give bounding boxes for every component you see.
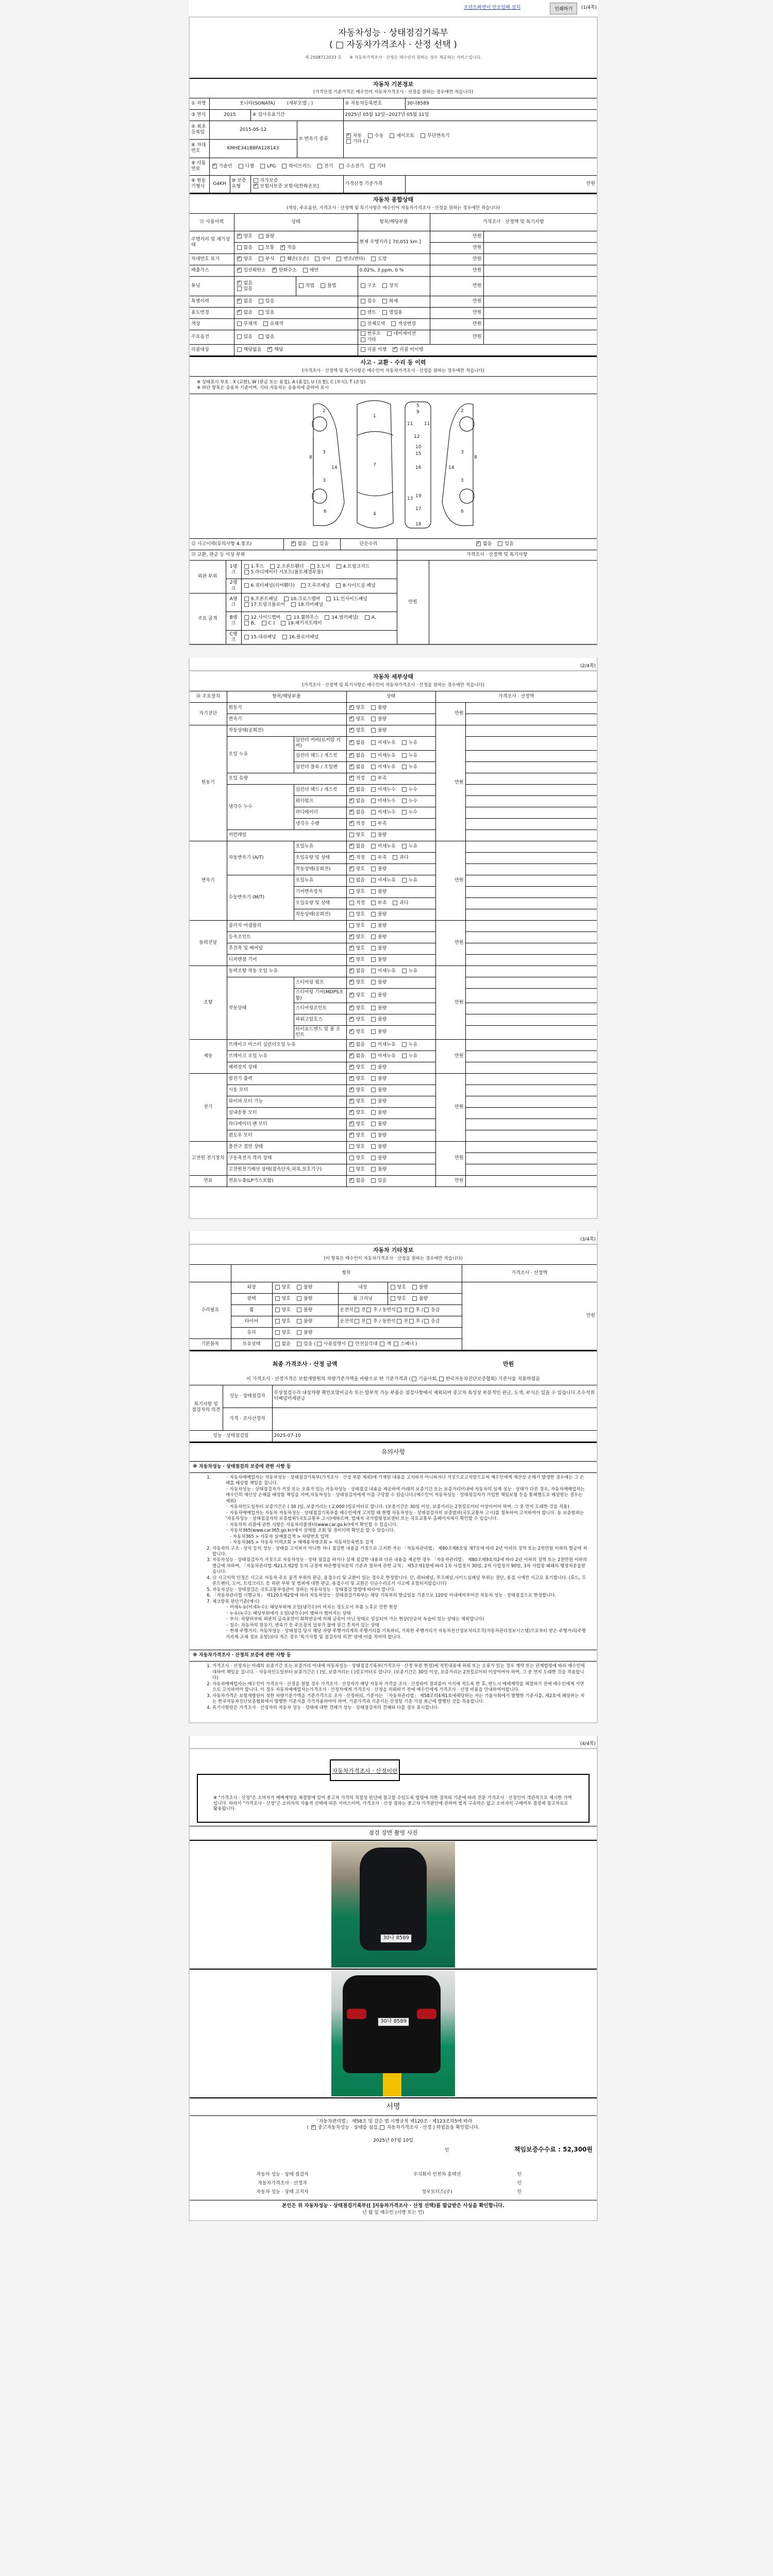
checkbox-icon[interactable]	[244, 621, 249, 625]
checkbox-icon[interactable]	[349, 821, 354, 826]
checkbox-option[interactable]: 적법	[298, 283, 314, 289]
checkbox-icon[interactable]	[244, 597, 249, 601]
checkbox-icon[interactable]	[349, 787, 354, 792]
checkbox-icon[interactable]	[349, 878, 354, 883]
checkbox-option[interactable]: 세미오토	[389, 133, 414, 139]
checkbox-icon[interactable]	[371, 1054, 376, 1058]
checkbox-icon[interactable]	[371, 257, 376, 261]
checkbox-icon[interactable]	[370, 164, 375, 168]
checkbox-icon[interactable]	[349, 889, 354, 894]
checkbox-option[interactable]: 무채색	[236, 321, 257, 327]
sub-item-label: 기어변속장치	[294, 887, 346, 898]
checkbox-icon[interactable]	[349, 1099, 354, 1104]
checkbox-icon[interactable]	[393, 347, 397, 352]
checkbox-option[interactable]: 매연	[302, 268, 318, 273]
checkbox-option[interactable]: 디젤	[238, 164, 254, 169]
item-label: 시동 모터	[227, 1085, 346, 1096]
checkbox-icon[interactable]	[391, 1285, 395, 1290]
checkbox-option[interactable]: 구조	[360, 283, 376, 289]
checkbox-icon[interactable]	[349, 1133, 354, 1138]
checkbox-icon[interactable]	[402, 765, 407, 769]
checkbox-icon[interactable]	[237, 334, 242, 339]
label: ④ 검사유효기간	[250, 109, 343, 121]
checkbox-icon[interactable]	[282, 164, 287, 168]
signature-title: 서명	[190, 2098, 597, 2116]
checkbox-icon[interactable]	[361, 321, 365, 326]
checkbox-icon[interactable]	[349, 1088, 354, 1092]
checkbox-option[interactable]: 장치	[381, 283, 398, 289]
checkbox-icon[interactable]	[284, 597, 289, 601]
checkbox-icon[interactable]	[272, 268, 277, 273]
checkbox-icon[interactable]	[371, 1088, 376, 1092]
checkbox-icon[interactable]	[349, 728, 354, 733]
checkbox-option[interactable]: 적음	[279, 245, 296, 250]
checkbox-icon[interactable]	[349, 753, 354, 758]
checkbox-icon[interactable]	[349, 1006, 354, 1010]
checkbox-option[interactable]: 없음	[290, 541, 307, 547]
checkbox-icon[interactable]	[325, 615, 329, 620]
checkbox-option[interactable]: 썬루프	[360, 331, 381, 336]
checkbox-icon[interactable]	[297, 1285, 301, 1290]
sub-item-label: 실린더 헤드 / 개스킷	[294, 785, 346, 796]
checkbox-icon[interactable]	[349, 833, 354, 837]
checkbox-option[interactable]: 기타	[360, 337, 376, 343]
checkbox-icon[interactable]	[297, 1296, 301, 1301]
checkbox-option[interactable]: 도말	[370, 257, 386, 262]
checkbox-icon[interactable]	[349, 993, 354, 997]
checkbox-icon[interactable]	[297, 1330, 301, 1335]
checkbox-icon[interactable]	[244, 564, 249, 569]
checkbox-icon[interactable]	[299, 283, 304, 288]
checkbox-option[interactable]: 일산화탄소	[236, 268, 266, 273]
checkbox-icon[interactable]	[349, 1122, 354, 1126]
checkbox-icon[interactable]	[387, 331, 392, 336]
checkbox-option[interactable]: 양호	[236, 257, 253, 262]
checkbox-icon[interactable]	[297, 1308, 301, 1312]
checkbox-icon[interactable]	[303, 268, 308, 273]
checkbox-icon[interactable]	[321, 283, 325, 288]
checkbox-icon[interactable]	[412, 1296, 417, 1301]
checkbox-icon[interactable]	[260, 164, 265, 168]
price-unit: 만원	[405, 175, 597, 193]
checkbox-option[interactable]: 무단변속기	[419, 133, 449, 139]
checkbox-icon[interactable]	[371, 946, 376, 951]
checkbox-icon[interactable]	[244, 615, 249, 620]
checkbox-icon[interactable]	[371, 776, 376, 781]
checkbox-icon[interactable]	[402, 753, 407, 758]
checkbox-icon[interactable]	[371, 1178, 376, 1183]
checkbox-icon[interactable]	[237, 234, 242, 239]
status-options: 양호불량	[346, 1003, 435, 1014]
checkbox-icon[interactable]	[402, 799, 407, 803]
checkbox-icon[interactable]	[244, 570, 249, 574]
checkbox-option[interactable]: 유채색	[262, 321, 283, 327]
checkbox-icon[interactable]	[349, 957, 354, 962]
label: 튜닝	[190, 277, 234, 296]
label: ⑦ 변속기 종류	[297, 121, 343, 158]
checkbox-icon[interactable]	[349, 717, 354, 721]
checkbox-icon[interactable]	[244, 635, 249, 639]
checkbox-option[interactable]: 불법	[320, 283, 336, 289]
option-items: 썬루프네비게이션기타	[358, 330, 430, 345]
checkbox-option[interactable]: 수동	[367, 133, 383, 139]
checkbox-icon[interactable]	[313, 541, 317, 546]
checkbox-icon[interactable]	[371, 705, 376, 710]
checkbox-option[interactable]: 없음	[236, 281, 253, 286]
checkbox-icon[interactable]	[371, 799, 376, 803]
checkbox-icon[interactable]	[371, 1076, 376, 1081]
checkbox-option[interactable]: 없음	[236, 310, 253, 315]
checkbox-icon[interactable]	[361, 347, 365, 352]
checkbox-option[interactable]: 기타 ( )	[345, 139, 368, 144]
checkbox-icon[interactable]	[349, 740, 354, 745]
checkbox-icon[interactable]	[371, 1042, 376, 1047]
checkbox-option[interactable]: 탄화수소	[271, 268, 297, 273]
law-reference: 「자동차관리법」 제58조 및 같은 법 시행규칙 제120조 · 제123조의…	[190, 2119, 597, 2125]
checkbox-icon[interactable]	[349, 705, 354, 710]
checkbox-icon[interactable]	[310, 564, 315, 569]
checkbox-icon[interactable]	[349, 799, 354, 803]
signer-row: 자동차 성능 · 상태 고지자정우모터스(주)인	[190, 2188, 597, 2197]
checkbox-icon[interactable]	[393, 855, 397, 860]
checkbox-icon[interactable]	[346, 133, 351, 138]
checkbox-icon[interactable]	[371, 1017, 376, 1022]
checkbox-icon[interactable]	[371, 1110, 376, 1115]
checkbox-icon[interactable]	[263, 321, 268, 326]
checkbox-icon[interactable]	[349, 980, 354, 985]
checkbox-icon[interactable]	[237, 281, 242, 285]
sub-item-label: 라디에이터	[294, 807, 346, 819]
checkbox-icon[interactable]	[326, 597, 331, 601]
checkbox-icon[interactable]	[382, 310, 387, 315]
checkbox-icon[interactable]	[371, 821, 376, 826]
checkbox-icon[interactable]	[371, 993, 376, 997]
checkbox-icon[interactable]	[371, 1065, 376, 1070]
checkbox-icon[interactable]	[267, 347, 272, 352]
checkbox-icon[interactable]	[371, 844, 376, 849]
checkbox-icon[interactable]	[371, 969, 376, 973]
glass-options: 양호불량	[272, 1327, 462, 1338]
checkbox-icon[interactable]	[237, 268, 242, 273]
checkbox-option[interactable]: 리콜 이행	[360, 347, 387, 352]
svg-text:13: 13	[407, 496, 413, 501]
checkbox-option[interactable]: 자동	[345, 133, 362, 139]
checkbox-icon[interactable]	[349, 855, 354, 860]
label: ② 자동차등록번호	[343, 98, 405, 109]
checkbox-icon[interactable]	[390, 133, 394, 138]
install-link[interactable]: 프린트화면이 안보일때 설치	[464, 5, 520, 11]
checkbox-icon[interactable]	[371, 753, 376, 758]
checkbox-option[interactable]: 전기	[316, 164, 333, 169]
checkbox-option[interactable]: 상이	[314, 257, 330, 262]
checkbox-icon[interactable]	[402, 844, 407, 849]
checkbox-icon[interactable]	[371, 957, 376, 962]
checkbox-icon[interactable]	[371, 1133, 376, 1138]
checkbox-icon[interactable]	[361, 331, 365, 336]
checkbox-option[interactable]: 없음	[475, 541, 492, 547]
checkbox-icon[interactable]	[402, 740, 407, 745]
checkbox-icon[interactable]	[349, 844, 354, 849]
checkbox-icon[interactable]	[259, 257, 263, 261]
checkbox-icon[interactable]	[371, 867, 376, 871]
checkbox-icon[interactable]	[371, 912, 376, 917]
checkbox-icon[interactable]	[237, 321, 242, 326]
checkbox-icon[interactable]	[361, 299, 365, 303]
item-label: 라디에이터 팬 모터	[227, 1119, 346, 1130]
checkbox-icon[interactable]	[349, 1110, 354, 1115]
checkbox-option[interactable]: 화재	[381, 299, 398, 304]
checkbox-icon[interactable]	[275, 1319, 280, 1324]
checkbox-option[interactable]: 불량	[258, 234, 274, 239]
checkbox-icon[interactable]	[371, 855, 376, 860]
checkbox-icon[interactable]	[349, 765, 354, 769]
checkbox-icon[interactable]	[361, 337, 365, 342]
label: 유리	[231, 1327, 272, 1338]
checkbox-option[interactable]: 기타	[369, 164, 385, 169]
license-plate: 30나 8589	[378, 2018, 409, 2026]
usage-items: 렌트영업용	[358, 308, 430, 319]
checkbox-icon[interactable]	[237, 347, 242, 352]
checkbox-icon[interactable]	[349, 1017, 354, 1022]
checkbox-icon[interactable]	[391, 1296, 395, 1301]
checkbox-icon[interactable]	[287, 615, 291, 620]
checkbox-option[interactable]: 색상변경	[390, 321, 416, 327]
checkbox-icon[interactable]	[382, 283, 387, 288]
checkbox-icon[interactable]	[371, 1006, 376, 1010]
checkbox-icon[interactable]	[349, 1065, 354, 1070]
svg-text:2: 2	[461, 409, 464, 414]
checkbox-option[interactable]: 있음	[258, 299, 274, 304]
signer-row: 자동차 성능 · 상태 점검자주식회사 인천차 홍택선인	[190, 2171, 597, 2179]
checkbox-option[interactable]: 해당없음	[236, 347, 262, 352]
checkbox-icon[interactable]	[349, 1156, 354, 1160]
checkbox-icon[interactable]	[371, 717, 376, 721]
checkbox-icon[interactable]	[476, 541, 481, 546]
fuel-options: 가솔린디젤LPG하이브리드전기수소전기기타	[209, 158, 597, 175]
reg-number: 30나8589	[405, 98, 597, 109]
checkbox-icon[interactable]	[402, 787, 407, 792]
checkbox-icon[interactable]	[275, 1308, 280, 1312]
checkbox-option[interactable]: 없음	[236, 299, 253, 304]
checkbox-option[interactable]: 훼손(오손)	[279, 257, 309, 262]
checkbox-icon[interactable]	[349, 1076, 354, 1081]
checkbox-icon[interactable]	[349, 1042, 354, 1047]
checkbox-icon[interactable]	[349, 1167, 354, 1172]
checkbox-icon[interactable]	[349, 1054, 354, 1058]
part-group: 외판 부위	[190, 561, 226, 594]
checkbox-option[interactable]: 부식	[258, 257, 274, 262]
checkbox-icon[interactable]	[371, 935, 376, 939]
label: ③ 연식	[190, 109, 209, 121]
checkbox-icon[interactable]	[349, 1029, 354, 1034]
checkbox-icon[interactable]	[349, 1178, 354, 1183]
checkbox-icon[interactable]	[349, 912, 354, 917]
checkbox-option[interactable]: 전체도색	[360, 321, 385, 327]
checkbox-option[interactable]: 수소전기	[338, 164, 364, 169]
checkbox-icon[interactable]	[297, 1319, 301, 1324]
unit: 만원	[430, 296, 483, 308]
engine-type: G4KH	[209, 175, 230, 193]
checkbox-icon[interactable]	[371, 923, 376, 928]
checkbox-icon[interactable]	[275, 1285, 280, 1290]
checkbox-icon[interactable]	[337, 564, 341, 569]
checkbox-icon[interactable]	[371, 740, 376, 745]
checkbox-option[interactable]: LPG	[259, 164, 276, 169]
checkbox-option[interactable]: 렌트	[360, 310, 376, 315]
checkbox-icon[interactable]	[421, 133, 425, 138]
checkbox-icon[interactable]	[259, 334, 263, 339]
unit: 만원	[430, 254, 483, 265]
basic-items-options: 없음있음 (사용설명서 안전삼각대 잭 스패너 )	[272, 1338, 462, 1350]
checkbox-icon[interactable]	[391, 321, 396, 326]
checkbox-option[interactable]: 없음	[258, 334, 274, 340]
page-number: (4/4쪽)	[580, 1741, 596, 1747]
mileage-status: 양호불량	[234, 231, 358, 243]
device-group: 제동	[190, 1040, 227, 1074]
status-options: 양호불량	[346, 989, 435, 1003]
checkbox-icon[interactable]	[270, 564, 275, 569]
checkbox-icon[interactable]	[237, 245, 242, 250]
checkbox-icon[interactable]	[368, 133, 373, 138]
checkbox-option[interactable]: 보통	[258, 245, 274, 250]
checkbox-option[interactable]: 많음	[236, 245, 253, 250]
checkbox-icon[interactable]	[349, 867, 354, 871]
checkbox-icon[interactable]	[371, 1144, 376, 1149]
checkbox-icon[interactable]	[371, 787, 376, 792]
checkbox-icon[interactable]	[336, 583, 341, 588]
checkbox-option[interactable]: 양호	[236, 234, 253, 239]
checkbox-option[interactable]: 영업용	[381, 310, 402, 315]
checkbox-icon[interactable]	[371, 1029, 376, 1034]
checkbox-icon[interactable]	[371, 878, 376, 883]
checkbox-icon[interactable]	[254, 184, 258, 189]
status-options: 양호불량	[346, 1074, 435, 1085]
checkbox-option[interactable]: 네비게이션	[386, 331, 416, 336]
checkbox-icon[interactable]	[244, 602, 249, 607]
vin-mark-options: 양호부식훼손(오손)상이변조(변타)도말	[234, 254, 430, 265]
checkbox-option[interactable]: 있음	[497, 541, 513, 547]
checkbox-icon[interactable]	[237, 310, 242, 315]
checkbox-option[interactable]: 보험사보증 보험사[한화손보]	[253, 184, 319, 189]
checkbox-icon[interactable]	[371, 980, 376, 985]
unit: 만원	[430, 277, 483, 296]
checkbox-icon[interactable]	[349, 810, 354, 815]
checkbox-icon[interactable]	[402, 1042, 407, 1047]
checkbox-icon[interactable]	[281, 621, 285, 625]
seal-mark: 인	[445, 2148, 449, 2154]
checkbox-icon[interactable]	[349, 935, 354, 939]
label: ⑨ 원동기형식	[190, 175, 209, 193]
checkbox-icon[interactable]	[498, 541, 502, 546]
checkbox-icon[interactable]	[371, 889, 376, 894]
checkbox-icon[interactable]	[349, 1144, 354, 1149]
checkbox-icon[interactable]	[291, 602, 296, 607]
checkbox-option[interactable]: 가솔린	[211, 164, 232, 169]
checkbox-option[interactable]: 있음	[236, 334, 253, 340]
checkbox-icon[interactable]	[371, 1122, 376, 1126]
checkbox-icon[interactable]	[244, 583, 249, 588]
checkbox-icon[interactable]	[259, 299, 263, 303]
checkbox-icon[interactable]	[262, 621, 266, 625]
status-options: 양호불량	[346, 702, 435, 714]
checkbox-icon[interactable]	[315, 257, 320, 261]
checkbox-icon[interactable]	[349, 776, 354, 781]
checkbox-icon[interactable]	[275, 1296, 280, 1301]
checkbox-option[interactable]: 있음	[312, 541, 328, 547]
label: 보유상태	[231, 1338, 272, 1350]
checkbox-icon[interactable]	[402, 810, 407, 815]
checkbox-icon[interactable]	[361, 310, 365, 315]
checkbox-option[interactable]: 있음	[236, 286, 253, 292]
checkbox-icon[interactable]	[291, 541, 296, 546]
checkbox-icon[interactable]	[371, 1167, 376, 1172]
checkbox-icon[interactable]	[337, 257, 341, 261]
status-options: 없음미세누유누유	[346, 751, 435, 762]
checkbox-icon[interactable]	[382, 299, 387, 303]
checkbox-icon[interactable]	[371, 1099, 376, 1104]
checkbox-icon[interactable]	[349, 901, 354, 905]
checkbox-icon[interactable]	[317, 164, 322, 168]
checkbox-icon[interactable]	[371, 810, 376, 815]
checkbox-icon[interactable]	[280, 257, 285, 261]
checkbox-icon[interactable]	[412, 1285, 417, 1290]
checkbox-icon[interactable]	[371, 901, 376, 905]
checkbox-icon[interactable]	[212, 164, 217, 168]
checkbox-icon[interactable]	[365, 615, 369, 620]
checkbox-icon[interactable]	[237, 299, 242, 303]
checkbox-icon[interactable]	[349, 946, 354, 951]
checkbox-icon[interactable]	[349, 969, 354, 973]
license-plate: 30나 8589	[380, 1934, 412, 1943]
checkbox-icon[interactable]	[259, 245, 263, 250]
checkbox-icon[interactable]	[402, 969, 407, 973]
checkbox-icon[interactable]	[371, 765, 376, 769]
checkbox-icon[interactable]	[259, 310, 263, 315]
legend-symbols: ※ 상태표시 부호 : X (교환), W (판금 또는 용접), A (흠집)…	[197, 380, 590, 385]
print-button[interactable]: 인쇄하기	[550, 3, 577, 14]
checkbox-icon[interactable]	[301, 583, 306, 588]
item-label: 충전구 절연 상태	[227, 1142, 346, 1153]
checkbox-icon[interactable]	[402, 878, 407, 883]
checkbox-icon[interactable]	[282, 635, 287, 639]
checkbox-option[interactable]: 하이브리드	[281, 164, 311, 169]
checkbox-icon[interactable]	[349, 923, 354, 928]
checkbox-icon[interactable]	[237, 286, 242, 291]
checkbox-icon[interactable]	[254, 178, 258, 183]
checkbox-icon[interactable]	[371, 728, 376, 733]
checkbox-option[interactable]: 침수	[360, 299, 376, 304]
checkbox-icon[interactable]	[371, 833, 376, 837]
checkbox-icon[interactable]	[346, 139, 351, 144]
checkbox-option[interactable]: 변조(변타)	[335, 257, 365, 262]
checkbox-option[interactable]: 해당	[266, 347, 283, 352]
checkbox-icon[interactable]	[393, 901, 397, 905]
checkbox-icon[interactable]	[237, 257, 242, 261]
checkbox-icon[interactable]	[402, 1054, 407, 1058]
checkbox-option[interactable]: 있음	[258, 310, 274, 315]
checkbox-icon[interactable]	[259, 234, 263, 239]
checkbox-icon[interactable]	[239, 164, 243, 168]
checkbox-icon[interactable]	[280, 245, 285, 250]
checkbox-icon[interactable]	[361, 283, 365, 288]
item-label: 클러치 어셈블리	[227, 921, 346, 932]
checkbox-icon[interactable]	[371, 1156, 376, 1160]
checkbox-icon[interactable]	[339, 164, 344, 168]
sub-item-label: 실린더 블록 / 오일팬	[294, 762, 346, 773]
svg-text:8: 8	[309, 455, 312, 460]
checkbox-icon[interactable]	[275, 1330, 280, 1335]
checkbox-option[interactable]: 리콜 미이행	[392, 347, 423, 352]
